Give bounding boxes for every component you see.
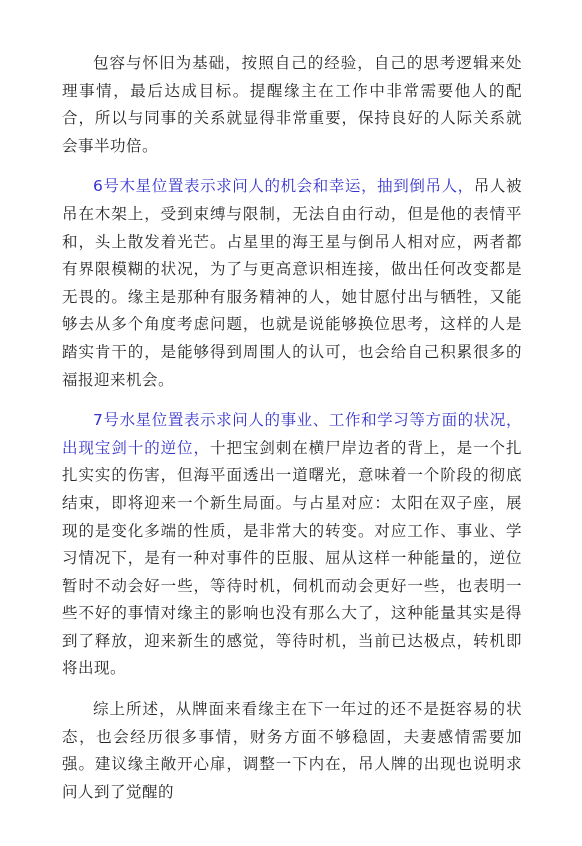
document-body-text: 包容与怀旧为基础，按照自己的经验，自己的思考逻辑来处理事情，最后达成目标。提醒缘…	[62, 50, 522, 806]
paragraph: 7号水星位置表示求问人的事业、工作和学习等方面的状况，出现宝剑十的逆位，十把宝剑…	[62, 407, 522, 683]
text-run: 包容与怀旧为基础，按照自己的经验，自己的思考逻辑来处理事情，最后达成目标。提醒缘…	[62, 54, 522, 155]
paragraph: 综上所述，从牌面来看缘主在下一年过的还不是挺容易的状态，也会经历很多事情，财务方…	[62, 696, 522, 806]
paragraph: 6号木星位置表示求问人的机会和幸运，抽到倒吊人，吊人被吊在木架上，受到束缚与限制…	[62, 173, 522, 394]
text-run: 十把宝剑刺在横尸岸边者的背上，是一个扎扎实实的伤害，但海平面透出一道曙光，意味着…	[62, 439, 522, 678]
text-run: 吊人被吊在木架上，受到束缚与限制，无法自由行动，但是他的表情平和，头上散发着光芒…	[62, 177, 522, 388]
document-page: 包容与怀旧为基础，按照自己的经验，自己的思考逻辑来处理事情，最后达成目标。提醒缘…	[0, 0, 582, 846]
paragraph: 包容与怀旧为基础，按照自己的经验，自己的思考逻辑来处理事情，最后达成目标。提醒缘…	[62, 50, 522, 160]
text-run: 综上所述，从牌面来看缘主在下一年过的还不是挺容易的状态，也会经历很多事情，财务方…	[62, 700, 522, 801]
highlighted-text-run: 6号木星位置表示求问人的机会和幸运，抽到倒吊人，	[93, 177, 474, 195]
